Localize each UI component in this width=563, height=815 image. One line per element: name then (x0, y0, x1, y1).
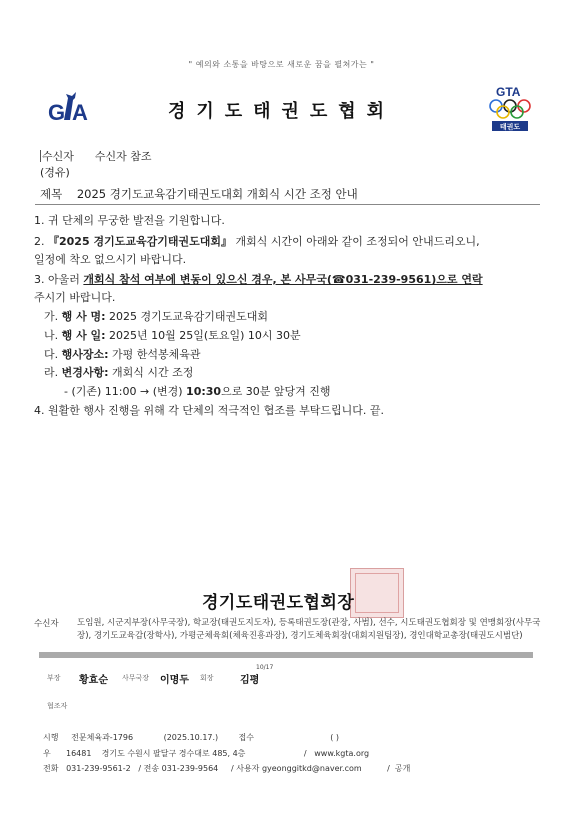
slogan: " 예의와 소통을 바탕으로 새로운 꿈을 펼쳐가는 " (0, 59, 563, 70)
subject-row: 제목 2025 경기도교육감기태권도대회 개회식 시간 조정 안내 (40, 186, 358, 202)
sender-title: 경기도태권도협회장 (202, 588, 354, 613)
recipient-row: 수신자 수신자 참조 (40, 148, 152, 164)
item-value: 가평 한석봉체육관 (109, 348, 201, 361)
subject-value: 2025 경기도교육감기태권도대회 개회식 시간 조정 안내 (77, 187, 358, 201)
section-divider (39, 652, 533, 658)
item-marker: 라. (44, 366, 58, 379)
item-label: 행사장소: (62, 348, 109, 361)
contact-notice: 개회식 참석 여부에 변동이 있으신 경우, 본 사무국(☎031-239-95… (83, 273, 482, 286)
paragraph-2: 2. 『2025 경기도교육감기태권도대회』 개회식 시간이 아래와 같이 조정… (34, 233, 480, 249)
via-label: (경유) (40, 164, 70, 180)
p3-prefix: 3. 아울러 (34, 273, 83, 286)
org-title: 경기도태권도협회 (0, 97, 563, 123)
recipient-value: 수신자 참조 (95, 150, 152, 163)
footer-enforcement: 시행 전문체육과-1796 (2025.10.17.) 접수 ( ) (43, 732, 339, 743)
approval-date: 10/17 (256, 664, 273, 671)
signer-title: 부장 (47, 673, 61, 683)
item-label: 변경사항: (62, 366, 109, 379)
item-event-name: 가. 행 사 명: 2025 경기도교육감기태권도대회 (44, 308, 268, 324)
signer-name: 김평 (240, 671, 259, 686)
item-label: 행 사 일: (62, 329, 106, 342)
paragraph-2-cont: 일정에 착오 없으시기 바랍니다. (34, 251, 186, 267)
item-marker: 가. (44, 310, 58, 323)
paragraph-3-cont: 주시기 바랍니다. (34, 289, 115, 305)
subject-divider (35, 204, 540, 205)
new-time: 10:30 (186, 385, 221, 398)
recipients-list: 도임원, 시군지부장(사무국장), 학교장(태권도지도자), 등록태권도장(관장… (77, 617, 547, 642)
paragraph-1: 1. 귀 단체의 무궁한 발전을 기원합니다. (34, 212, 225, 228)
p2-rest: 개회식 시간이 아래와 같이 조정되어 안내드리오니, (232, 235, 480, 248)
recipients-label: 수신자 (34, 617, 59, 629)
svg-text:태권도: 태권도 (500, 122, 521, 131)
item-value: 2025년 10월 25일(토요일) 10시 30분 (106, 329, 301, 342)
p2-prefix: 2. (34, 235, 48, 248)
change-suffix: 으로 30분 앞당겨 진행 (221, 385, 331, 398)
cooperator-label: 협조자 (47, 701, 67, 711)
footer-contact: 전화 031-239-9561-2 / 전송 031-239-9564 / 사용… (43, 763, 410, 774)
change-detail: - (기존) 11:00 → (변경) 10:30으로 30분 앞당겨 진행 (64, 383, 331, 399)
signer-name: 황효순 (79, 671, 108, 686)
recipient-label: 수신자 (42, 150, 74, 163)
olympic-taekwondo-logo: GTA 태권도 (484, 82, 536, 134)
item-value: 개회식 시간 조정 (109, 366, 194, 379)
paragraph-3: 3. 아울러 개회식 참석 여부에 변동이 있으신 경우, 본 사무국(☎031… (34, 271, 483, 287)
item-changes: 라. 변경사항: 개회식 시간 조정 (44, 364, 193, 380)
event-name-bold: 『2025 경기도교육감기태권도대회』 (48, 235, 232, 248)
item-event-venue: 다. 행사장소: 가평 한석봉체육관 (44, 346, 201, 362)
text-cursor (40, 150, 41, 162)
footer-address: 우 16481 경기도 수원시 팔달구 경수대로 485, 4층 / www.k… (43, 748, 369, 759)
change-prefix: - (기존) 11:00 → (변경) (64, 385, 186, 398)
signer-title: 사무국장 (122, 673, 149, 683)
svg-text:GTA: GTA (496, 85, 521, 99)
subject-label: 제목 (40, 187, 62, 201)
item-event-date: 나. 행 사 일: 2025년 10월 25일(토요일) 10시 30분 (44, 327, 301, 343)
paragraph-4: 4. 원활한 행사 진행을 위해 각 단체의 적극적인 협조를 부탁드립니다. … (34, 402, 384, 418)
official-seal-icon (350, 568, 404, 618)
item-value: 2025 경기도교육감기태권도대회 (106, 310, 269, 323)
item-marker: 나. (44, 329, 58, 342)
item-label: 행 사 명: (62, 310, 106, 323)
signer-name: 이명두 (160, 671, 189, 686)
item-marker: 다. (44, 348, 58, 361)
signer-title: 회장 (200, 673, 214, 683)
